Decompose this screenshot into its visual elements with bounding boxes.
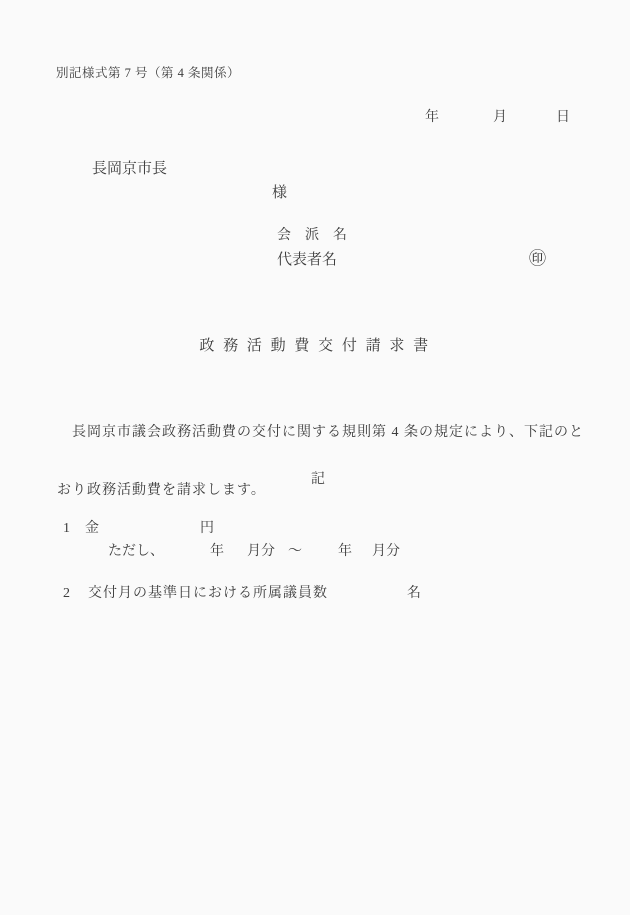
item2-members-label: 交付月の基準日における所属議員数 (88, 586, 328, 603)
item1-yen-unit: 円 (200, 521, 214, 538)
faction-name-label: 会 派 名 (277, 228, 347, 245)
item2-number: 2 (63, 586, 70, 603)
proviso-from-year: 年 (210, 544, 224, 561)
recipient-honorific: 様 (272, 184, 287, 202)
date-year-label: 年 (425, 110, 439, 127)
proviso-prefix: ただし、 (108, 544, 164, 561)
date-month-label: 月 (493, 110, 507, 127)
recipient-name: 長岡京市長 (92, 160, 167, 178)
item2-persons-unit: 名 (407, 586, 421, 603)
item1-amount-label: 金 (85, 521, 99, 538)
date-day-label: 日 (556, 110, 570, 127)
section-marker: 記 (311, 472, 325, 489)
proviso-from-month: 月分 (247, 544, 275, 561)
proviso-to-month: 月分 (372, 544, 400, 561)
document-title: 政 務 活 動 費 交 付 請 求 書 (0, 337, 630, 355)
form-number: 別記様式第 7 号（第 4 条関係） (56, 66, 240, 81)
body-paragraph: 長岡京市議会政務活動費の交付に関する規則第 4 条の規定により、下記のと おり政… (57, 386, 587, 537)
seal-mark-icon: ㊞ (529, 249, 546, 269)
proviso-range-mark: ～ (288, 544, 302, 561)
item1-number: 1 (63, 521, 70, 538)
body-line-1: 長岡京市議会政務活動費の交付に関する規則第 4 条の規定により、下記のと (57, 420, 587, 445)
document-page: 別記様式第 7 号（第 4 条関係） 年 月 日 長岡京市長 様 会 派 名 代… (0, 0, 630, 915)
representative-name-label: 代表者名 (277, 251, 337, 269)
proviso-to-year: 年 (338, 544, 352, 561)
